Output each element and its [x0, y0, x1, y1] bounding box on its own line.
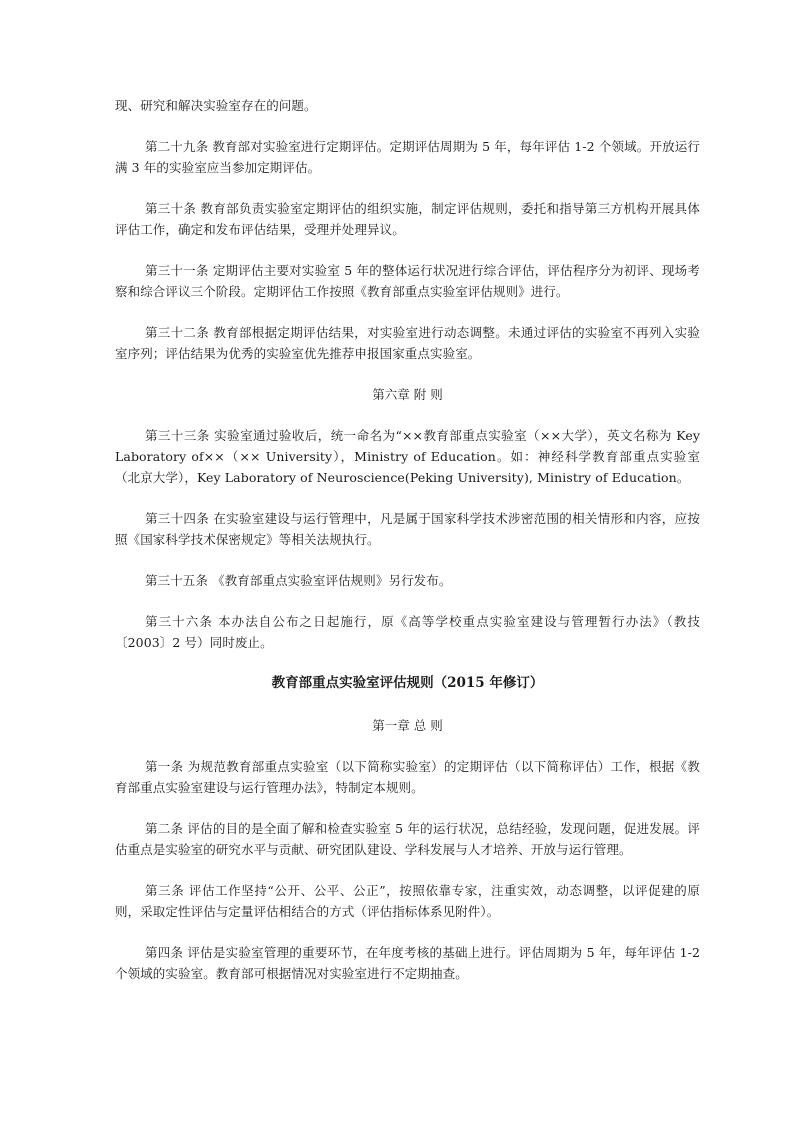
document-page: 现、研究和解决实验室存在的问题。 第二十九条 教育部对实验室进行定期评估。定期评…: [0, 0, 793, 1122]
paragraph-article-36: 第三十六条 本办法自公布之日起施行，原《高等学校重点实验室建设与管理暂行办法》（…: [115, 611, 700, 653]
paragraph-article-33: 第三十三条 实验室通过验收后，统一命名为“××教育部重点实验室（××大学），英文…: [115, 425, 700, 488]
paragraph-rule-3: 第三条 评估工作坚持“公开、公平、公正”，按照依靠专家，注重实效，动态调整，以评…: [115, 880, 700, 922]
paragraph-article-29: 第二十九条 教育部对实验室进行定期评估。定期评估周期为 5 年，每年评估 1-2…: [115, 136, 700, 178]
paragraph-article-35: 第三十五条 《教育部重点实验室评估规则》另行发布。: [115, 570, 700, 591]
paragraph-rule-2: 第二条 评估的目的是全面了解和检查实验室 5 年的运行状况，总结经验，发现问题，…: [115, 818, 700, 860]
paragraph-rule-1: 第一条 为规范教育部重点实验室（以下简称实验室）的定期评估（以下简称评估）工作，…: [115, 756, 700, 798]
title-evaluation-rules: 教育部重点实验室评估规则（2015 年修订）: [115, 673, 700, 694]
paragraph-continuation: 现、研究和解决实验室存在的问题。: [115, 95, 700, 116]
paragraph-article-30: 第三十条 教育部负责实验室定期评估的组织实施，制定评估规则，委托和指导第三方机构…: [115, 198, 700, 240]
paragraph-article-31: 第三十一条 定期评估主要对实验室 5 年的整体运行状况进行综合评估，评估程序分为…: [115, 260, 700, 302]
heading-chapter-6: 第六章 附 则: [115, 384, 700, 405]
paragraph-article-32: 第三十二条 教育部根据定期评估结果，对实验室进行动态调整。未通过评估的实验室不再…: [115, 322, 700, 364]
document-text-area: 现、研究和解决实验室存在的问题。 第二十九条 教育部对实验室进行定期评估。定期评…: [115, 95, 700, 1004]
heading-chapter-1: 第一章 总 则: [115, 715, 700, 736]
paragraph-article-34: 第三十四条 在实验室建设与运行管理中，凡是属于国家科学技术涉密范围的相关情形和内…: [115, 508, 700, 550]
paragraph-rule-4: 第四条 评估是实验室管理的重要环节，在年度考核的基础上进行。评估周期为 5 年，…: [115, 942, 700, 984]
